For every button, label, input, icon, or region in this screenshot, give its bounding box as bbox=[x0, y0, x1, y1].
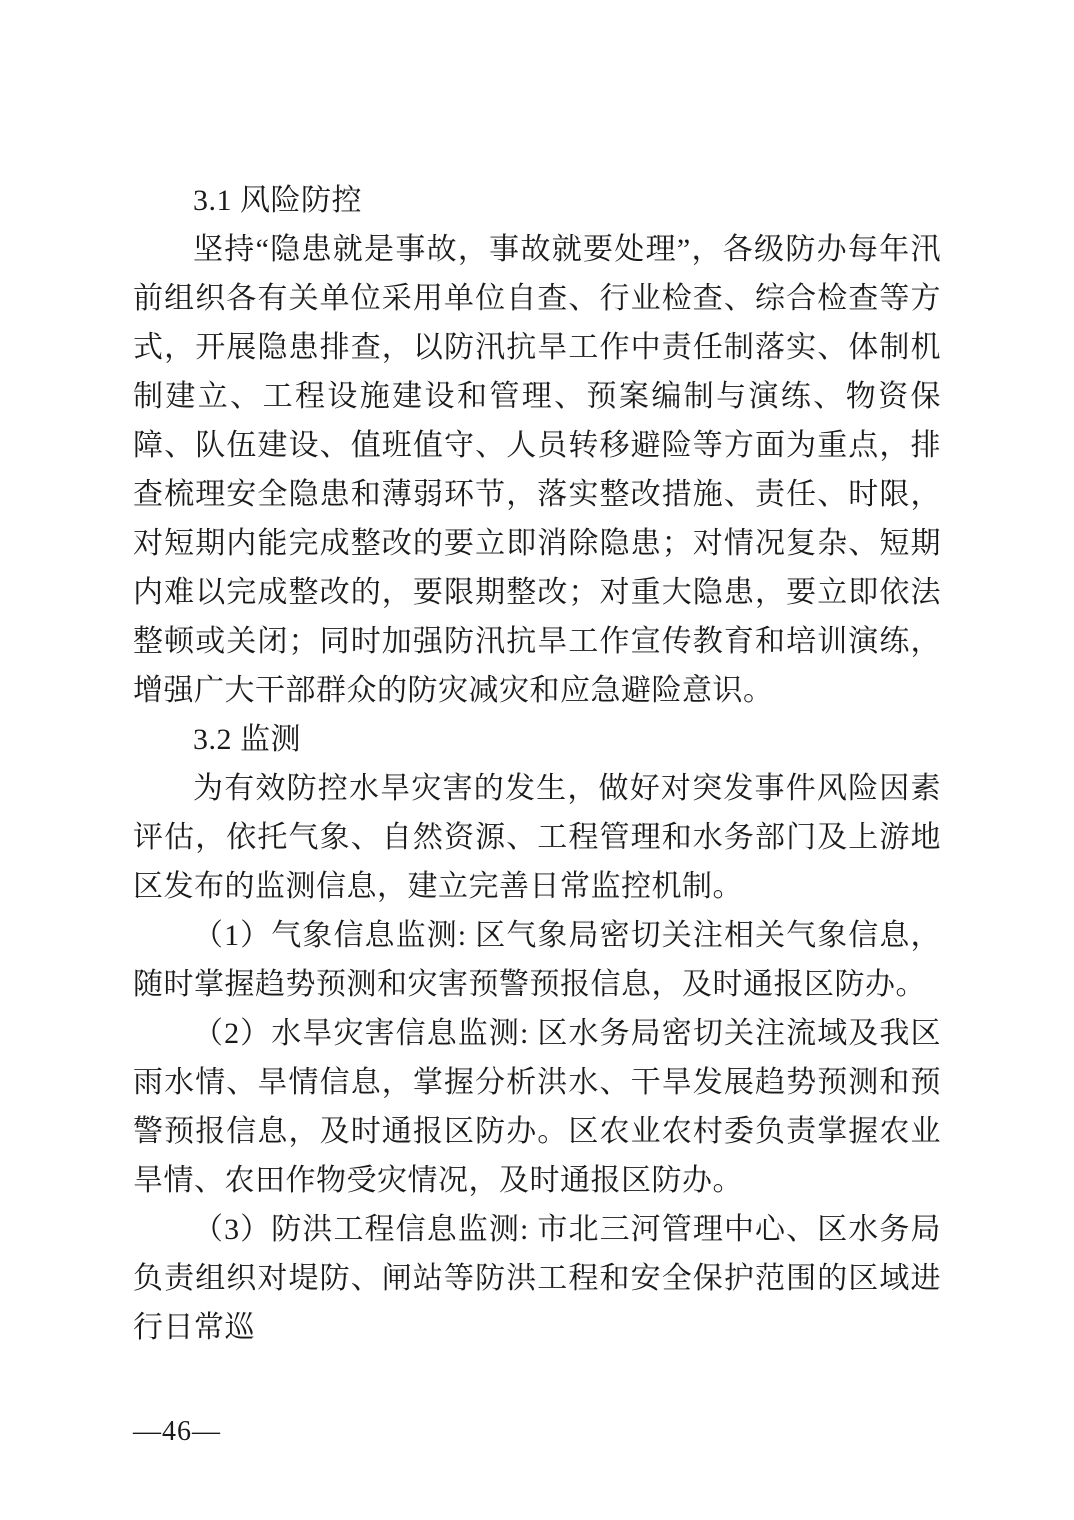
section-heading-3-2-monitoring: 3.2 监测 bbox=[133, 715, 941, 764]
page-number: —46— bbox=[133, 1416, 221, 1448]
document-body: 3.1 风险防控 坚持“隐患就是事故，事故就要处理”，各级防办每年汛前组织各有关… bbox=[133, 176, 941, 1352]
paragraph-item-1-weather-monitoring: （1）气象信息监测: 区气象局密切关注相关气象信息，随时掌握趋势预测和灾害预警预… bbox=[133, 911, 941, 1009]
document-page: 3.1 风险防控 坚持“隐患就是事故，事故就要处理”，各级防办每年汛前组织各有关… bbox=[0, 0, 1074, 1520]
paragraph-risk-control: 坚持“隐患就是事故，事故就要处理”，各级防办每年汛前组织各有关单位采用单位自查、… bbox=[133, 225, 941, 715]
paragraph-monitoring-intro: 为有效防控水旱灾害的发生，做好对突发事件风险因素评估，依托气象、自然资源、工程管… bbox=[133, 764, 941, 911]
paragraph-item-2-flood-drought-monitoring: （2）水旱灾害信息监测: 区水务局密切关注流域及我区雨水情、旱情信息，掌握分析洪… bbox=[133, 1009, 941, 1205]
paragraph-item-3-flood-project-monitoring: （3）防洪工程信息监测: 市北三河管理中心、区水务局负责组织对堤防、闸站等防洪工… bbox=[133, 1205, 941, 1352]
section-heading-3-1-risk-control: 3.1 风险防控 bbox=[133, 176, 941, 225]
